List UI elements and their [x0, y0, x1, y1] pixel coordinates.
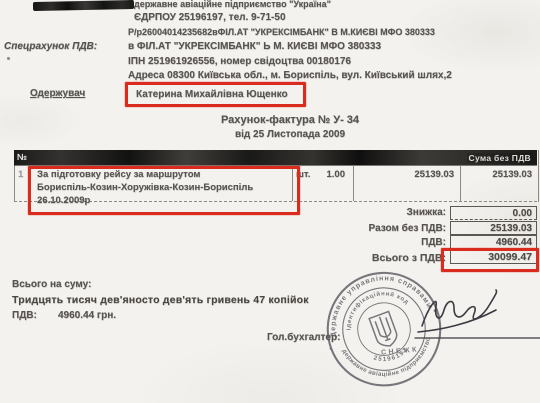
col-header-number: №: [17, 152, 27, 162]
scan-dot-artifact: [7, 57, 10, 60]
amount-in-words: Тридцять тисяч дев'яносто дев'ять гривен…: [12, 294, 309, 306]
annotation-box-description: [28, 166, 300, 215]
discount-value: 0.00: [450, 206, 537, 220]
special-account-value: в ФІЛ.АТ "УКРЕКСІМБАНК" Ь М. КИЄВІ МФО 3…: [128, 41, 381, 52]
special-account-label: Спецрахунок ПДВ:: [4, 41, 97, 52]
invoice-title: Рахунок-фактура № У- 34: [180, 114, 400, 126]
bank-account-line: Р/р26004014235682вФІЛ.АТ "УКРЕКСІМБАНК" …: [128, 27, 435, 37]
summary-vat-label: ПДВ:: [12, 310, 37, 321]
edrpou-line: ЄДРПОУ 25196197, тел. 9-71-50: [134, 12, 286, 23]
vat-label: ПДВ:: [250, 237, 446, 248]
col-header-sum-no-vat: Сума без ПДВ: [467, 153, 534, 163]
total-amount-label: Всього на суму:: [12, 279, 91, 290]
row-number-cell: 1: [18, 169, 23, 180]
row-qty-cell: 1.00: [293, 169, 345, 180]
table-header-bar: № Сума без ПДВ: [14, 150, 537, 165]
invoice-date: від 25 Листопада 2009: [180, 129, 400, 140]
summary-vat-value: 4960.44 грн.: [58, 310, 116, 321]
scanned-invoice-page: державне авіаційне підприємство "Україна…: [0, 0, 540, 403]
address-line: Адреса 08300 Київська обл., м. Бориспіль…: [128, 70, 452, 81]
row-sum-cell: 25139.03: [461, 169, 532, 180]
row-price-cell: 25139.03: [354, 169, 454, 180]
vat-value: 4960.44: [450, 235, 537, 249]
subtotal-value: 25139.03: [450, 221, 537, 235]
subtotal-label: Разом без ПДВ:: [250, 223, 446, 234]
ipn-line: ІПН 251961926556, номер свідоцтва 001801…: [128, 56, 351, 67]
annotation-box-recipient: [125, 82, 306, 107]
annotation-box-total: [441, 248, 539, 272]
recipient-label: Одержувач: [30, 88, 85, 99]
stamp-separator-star: *: [328, 345, 334, 354]
org-name-line: державне авіаційне підприємство "Україна…: [134, 0, 331, 9]
blacked-out-smudge: [33, 0, 134, 11]
